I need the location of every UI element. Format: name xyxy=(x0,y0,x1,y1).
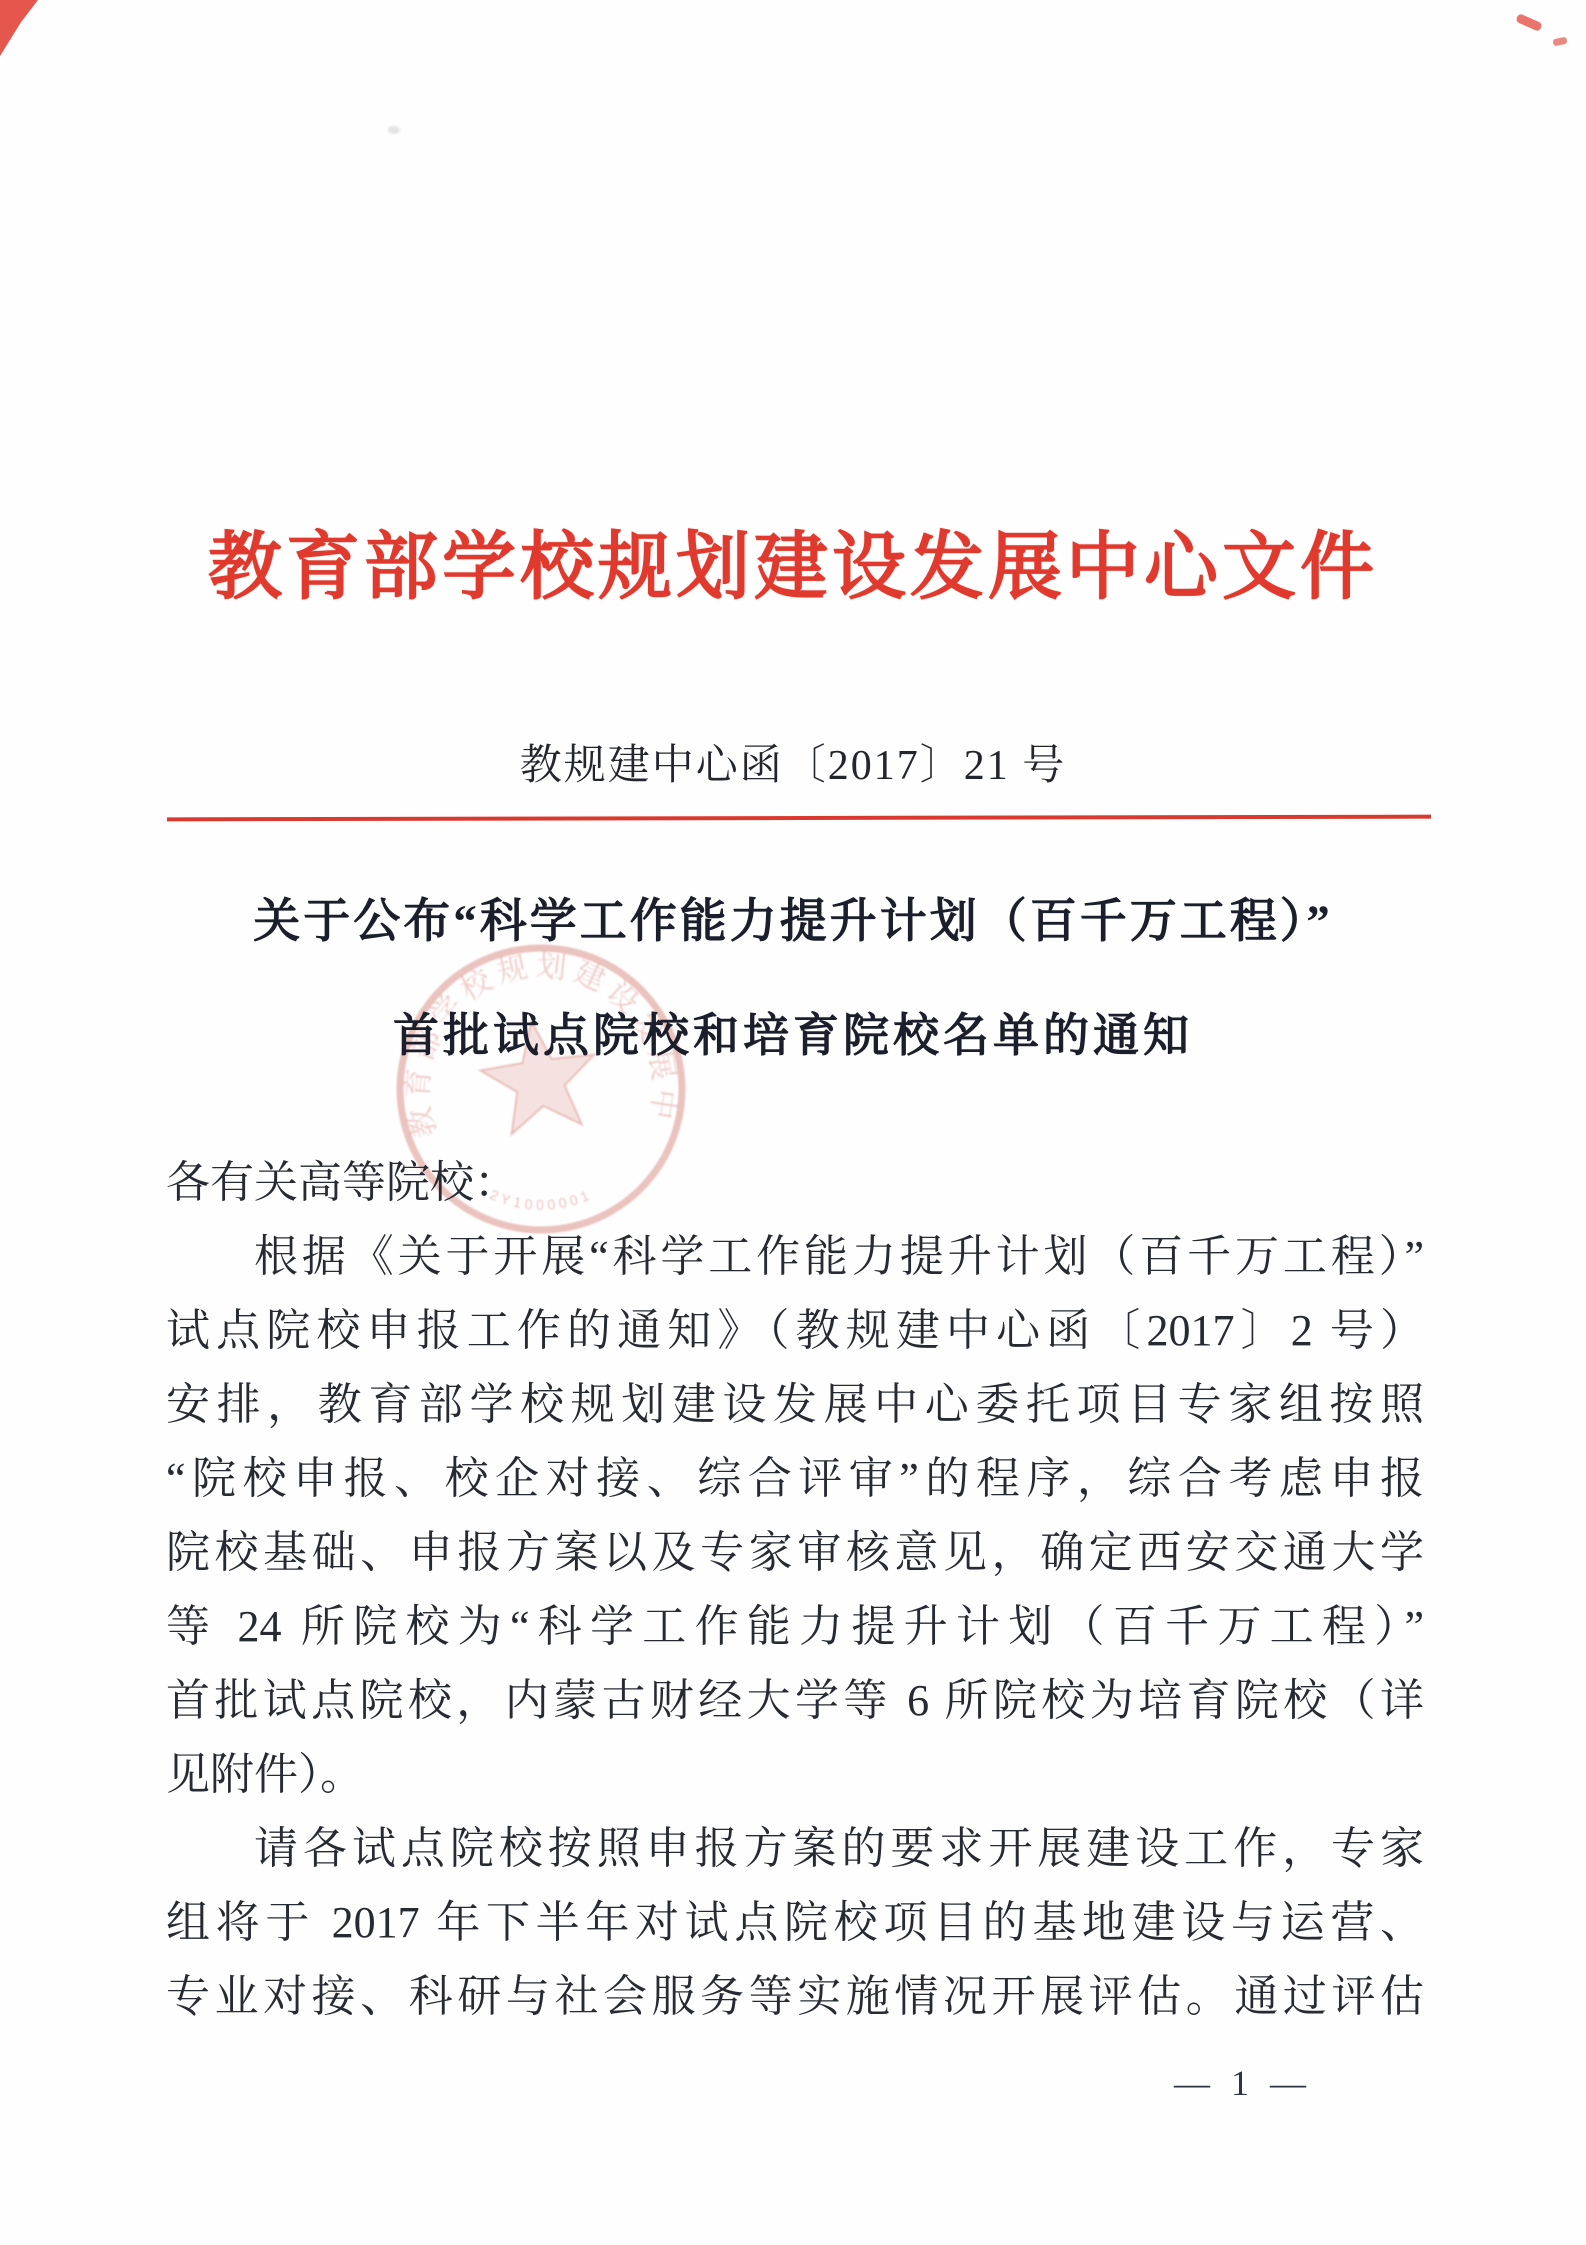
body-line: 安排，教育部学校规划建设发展中心委托项目专家组按照 xyxy=(166,1368,1424,1442)
subject-title: 关于公布“科学工作能力提升计划（百千万工程）” 首批试点院校和培育院校名单的通知 xyxy=(0,884,1586,1065)
body-line: 等 24 所院校为“科学工作能力提升计划（百千万工程）” xyxy=(166,1590,1424,1664)
salutation: 各有关高等院校： xyxy=(166,1146,1424,1220)
page-number: — 1 — xyxy=(1128,2062,1358,2104)
scan-artifact-corner xyxy=(0,0,38,56)
body-line: 试点院校申报工作的通知》（教规建中心函〔2017〕2 号） xyxy=(166,1294,1424,1368)
body-line: 根据《关于开展“科学工作能力提升计划（百千万工程）” xyxy=(166,1220,1424,1294)
body-line: 组将于 2017 年下半年对试点院校项目的基地建设与运营、 xyxy=(166,1886,1424,1960)
document-number: 教规建中心函〔2017〕21 号 xyxy=(0,732,1586,792)
letterhead-org-title: 教育部学校规划建设发展中心文件 xyxy=(0,508,1586,614)
document-page: 教育部学校规划建设发展中心文件 教规建中心函〔2017〕21 号 关于公布“科学… xyxy=(0,0,1586,2245)
scan-artifact-speck xyxy=(1552,37,1567,47)
subject-title-line1: 关于公布“科学工作能力提升计划（百千万工程）” xyxy=(0,884,1586,951)
document-body: 各有关高等院校： 根据《关于开展“科学工作能力提升计划（百千万工程）” 试点院校… xyxy=(166,1146,1424,2034)
body-line: 院校基础、申报方案以及专家审核意见，确定西安交通大学 xyxy=(166,1516,1424,1590)
scan-artifact-speck xyxy=(1515,13,1542,32)
body-line: 请各试点院校按照申报方案的要求开展建设工作，专家 xyxy=(166,1812,1424,1886)
body-line: 首批试点院校，内蒙古财经大学等 6 所院校为培育院校（详 xyxy=(166,1664,1424,1738)
subject-title-line2: 首批试点院校和培育院校名单的通知 xyxy=(0,999,1586,1065)
body-line: 专业对接、科研与社会服务等实施情况开展评估。通过评估 xyxy=(166,1960,1424,2034)
body-line: 见附件）。 xyxy=(166,1738,1424,1812)
scan-artifact-smudge xyxy=(388,126,400,134)
body-line: “院校申报、校企对接、综合评审”的程序，综合考虑申报 xyxy=(166,1442,1424,1516)
letterhead-divider xyxy=(167,815,1431,822)
